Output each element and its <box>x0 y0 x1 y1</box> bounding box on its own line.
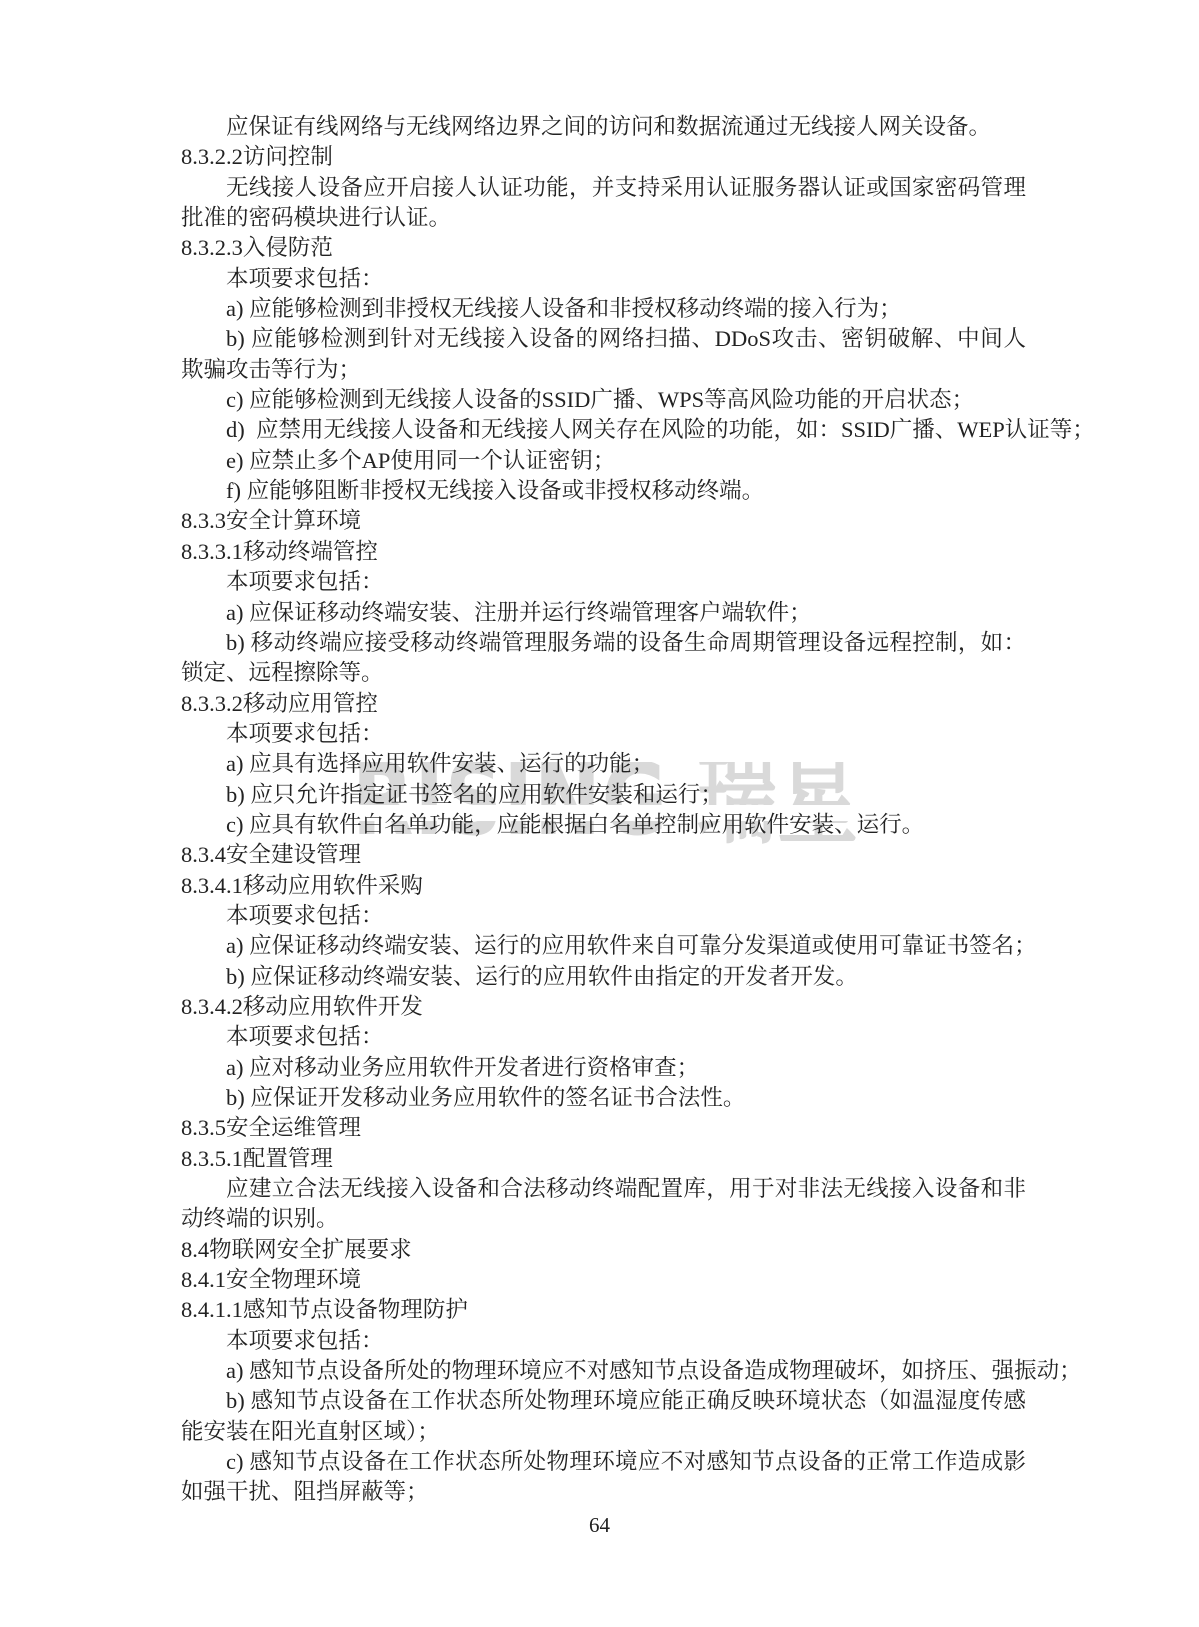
document-body: 应保证有线网络与无线网络边界之间的访问和数据流通过无线接人网关设备。8.3.2.… <box>181 112 1026 1508</box>
text-line: 本项要求包括： <box>181 567 1026 597</box>
section-heading: 8.3.2.3入侵防范 <box>181 233 1026 263</box>
section-heading: 8.4.1.1感知节点设备物理防护 <box>181 1295 1026 1325</box>
text-line: 欺骗攻击等行为； <box>181 355 1026 385</box>
text-line: f) 应能够阻断非授权无线接入设备或非授权移动终端。 <box>181 476 1026 506</box>
section-heading: 8.3.3.1移动终端管控 <box>181 537 1026 567</box>
text-line: b) 移动终端应接受移动终端管理服务端的设备生命周期管理设备远程控制，如：远程 <box>181 628 1026 658</box>
text-line: 应保证有线网络与无线网络边界之间的访问和数据流通过无线接人网关设备。 <box>181 112 1026 142</box>
text-line: 无线接人设备应开启接人认证功能，并支持采用认证服务器认证或国家密码管理机构 <box>181 173 1026 203</box>
section-heading: 8.3.4.1移动应用软件采购 <box>181 871 1026 901</box>
section-heading: 8.3.2.2访问控制 <box>181 142 1026 172</box>
document-page: RISING 瑞星 应保证有线网络与无线网络边界之间的访问和数据流通过无线接人网… <box>0 0 1199 1627</box>
text-line: a) 应保证移动终端安装、运行的应用软件来自可靠分发渠道或使用可靠证书签名； <box>181 931 1026 961</box>
text-line: 锁定、远程擦除等。 <box>181 658 1026 688</box>
section-heading: 8.3.5安全运维管理 <box>181 1113 1026 1143</box>
text-line: 本项要求包括： <box>181 719 1026 749</box>
section-heading: 8.3.3安全计算环境 <box>181 506 1026 536</box>
section-heading: 8.3.3.2移动应用管控 <box>181 689 1026 719</box>
text-line: b) 应能够检测到针对无线接入设备的网络扫描、DDoS攻击、密钥破解、中间人攻击… <box>181 324 1026 354</box>
text-line: d) 应禁用无线接人设备和无线接人网关存在风险的功能，如：SSID广播、WEP认… <box>181 415 1026 445</box>
section-heading: 8.4物联网安全扩展要求 <box>181 1235 1026 1265</box>
text-line: a) 应具有选择应用软件安装、运行的功能； <box>181 749 1026 779</box>
text-line: 能安装在阳光直射区域）； <box>181 1417 1026 1447</box>
page-number: 64 <box>0 1513 1199 1538</box>
text-line: 动终端的识别。 <box>181 1204 1026 1234</box>
text-line: 应建立合法无线接入设备和合法移动终端配置库，用于对非法无线接入设备和非法移 <box>181 1174 1026 1204</box>
text-line: b) 应只允许指定证书签名的应用软件安装和运行； <box>181 780 1026 810</box>
text-line: c) 应具有软件白名单功能，应能根据白名单控制应用软件安装、运行。 <box>181 810 1026 840</box>
section-heading: 8.4.1安全物理环境 <box>181 1265 1026 1295</box>
text-line: b) 应保证开发移动业务应用软件的签名证书合法性。 <box>181 1083 1026 1113</box>
text-line: a) 应对移动业务应用软件开发者进行资格审查； <box>181 1053 1026 1083</box>
text-line: a) 应保证移动终端安装、注册并运行终端管理客户端软件； <box>181 598 1026 628</box>
text-line: 批准的密码模块进行认证。 <box>181 203 1026 233</box>
text-line: 本项要求包括： <box>181 1326 1026 1356</box>
text-line: a) 应能够检测到非授权无线接人设备和非授权移动终端的接入行为； <box>181 294 1026 324</box>
text-line: 本项要求包括： <box>181 901 1026 931</box>
section-heading: 8.3.5.1配置管理 <box>181 1144 1026 1174</box>
text-line: 如强干扰、阻挡屏蔽等； <box>181 1477 1026 1507</box>
text-line: c) 感知节点设备在工作状态所处物理环境应不对感知节点设备的正常工作造成影响， <box>181 1447 1026 1477</box>
text-line: 本项要求包括： <box>181 1022 1026 1052</box>
text-line: b) 感知节点设备在工作状态所处物理环境应能正确反映环境状态（如温湿度传感器不 <box>181 1386 1026 1416</box>
section-heading: 8.3.4安全建设管理 <box>181 840 1026 870</box>
text-line: a) 感知节点设备所处的物理环境应不对感知节点设备造成物理破坏，如挤压、强振动； <box>181 1356 1026 1386</box>
text-line: b) 应保证移动终端安装、运行的应用软件由指定的开发者开发。 <box>181 962 1026 992</box>
text-line: c) 应能够检测到无线接人设备的SSID广播、WPS等高风险功能的开启状态； <box>181 385 1026 415</box>
text-line: e) 应禁止多个AP使用同一个认证密钥； <box>181 446 1026 476</box>
text-line: 本项要求包括： <box>181 264 1026 294</box>
section-heading: 8.3.4.2移动应用软件开发 <box>181 992 1026 1022</box>
